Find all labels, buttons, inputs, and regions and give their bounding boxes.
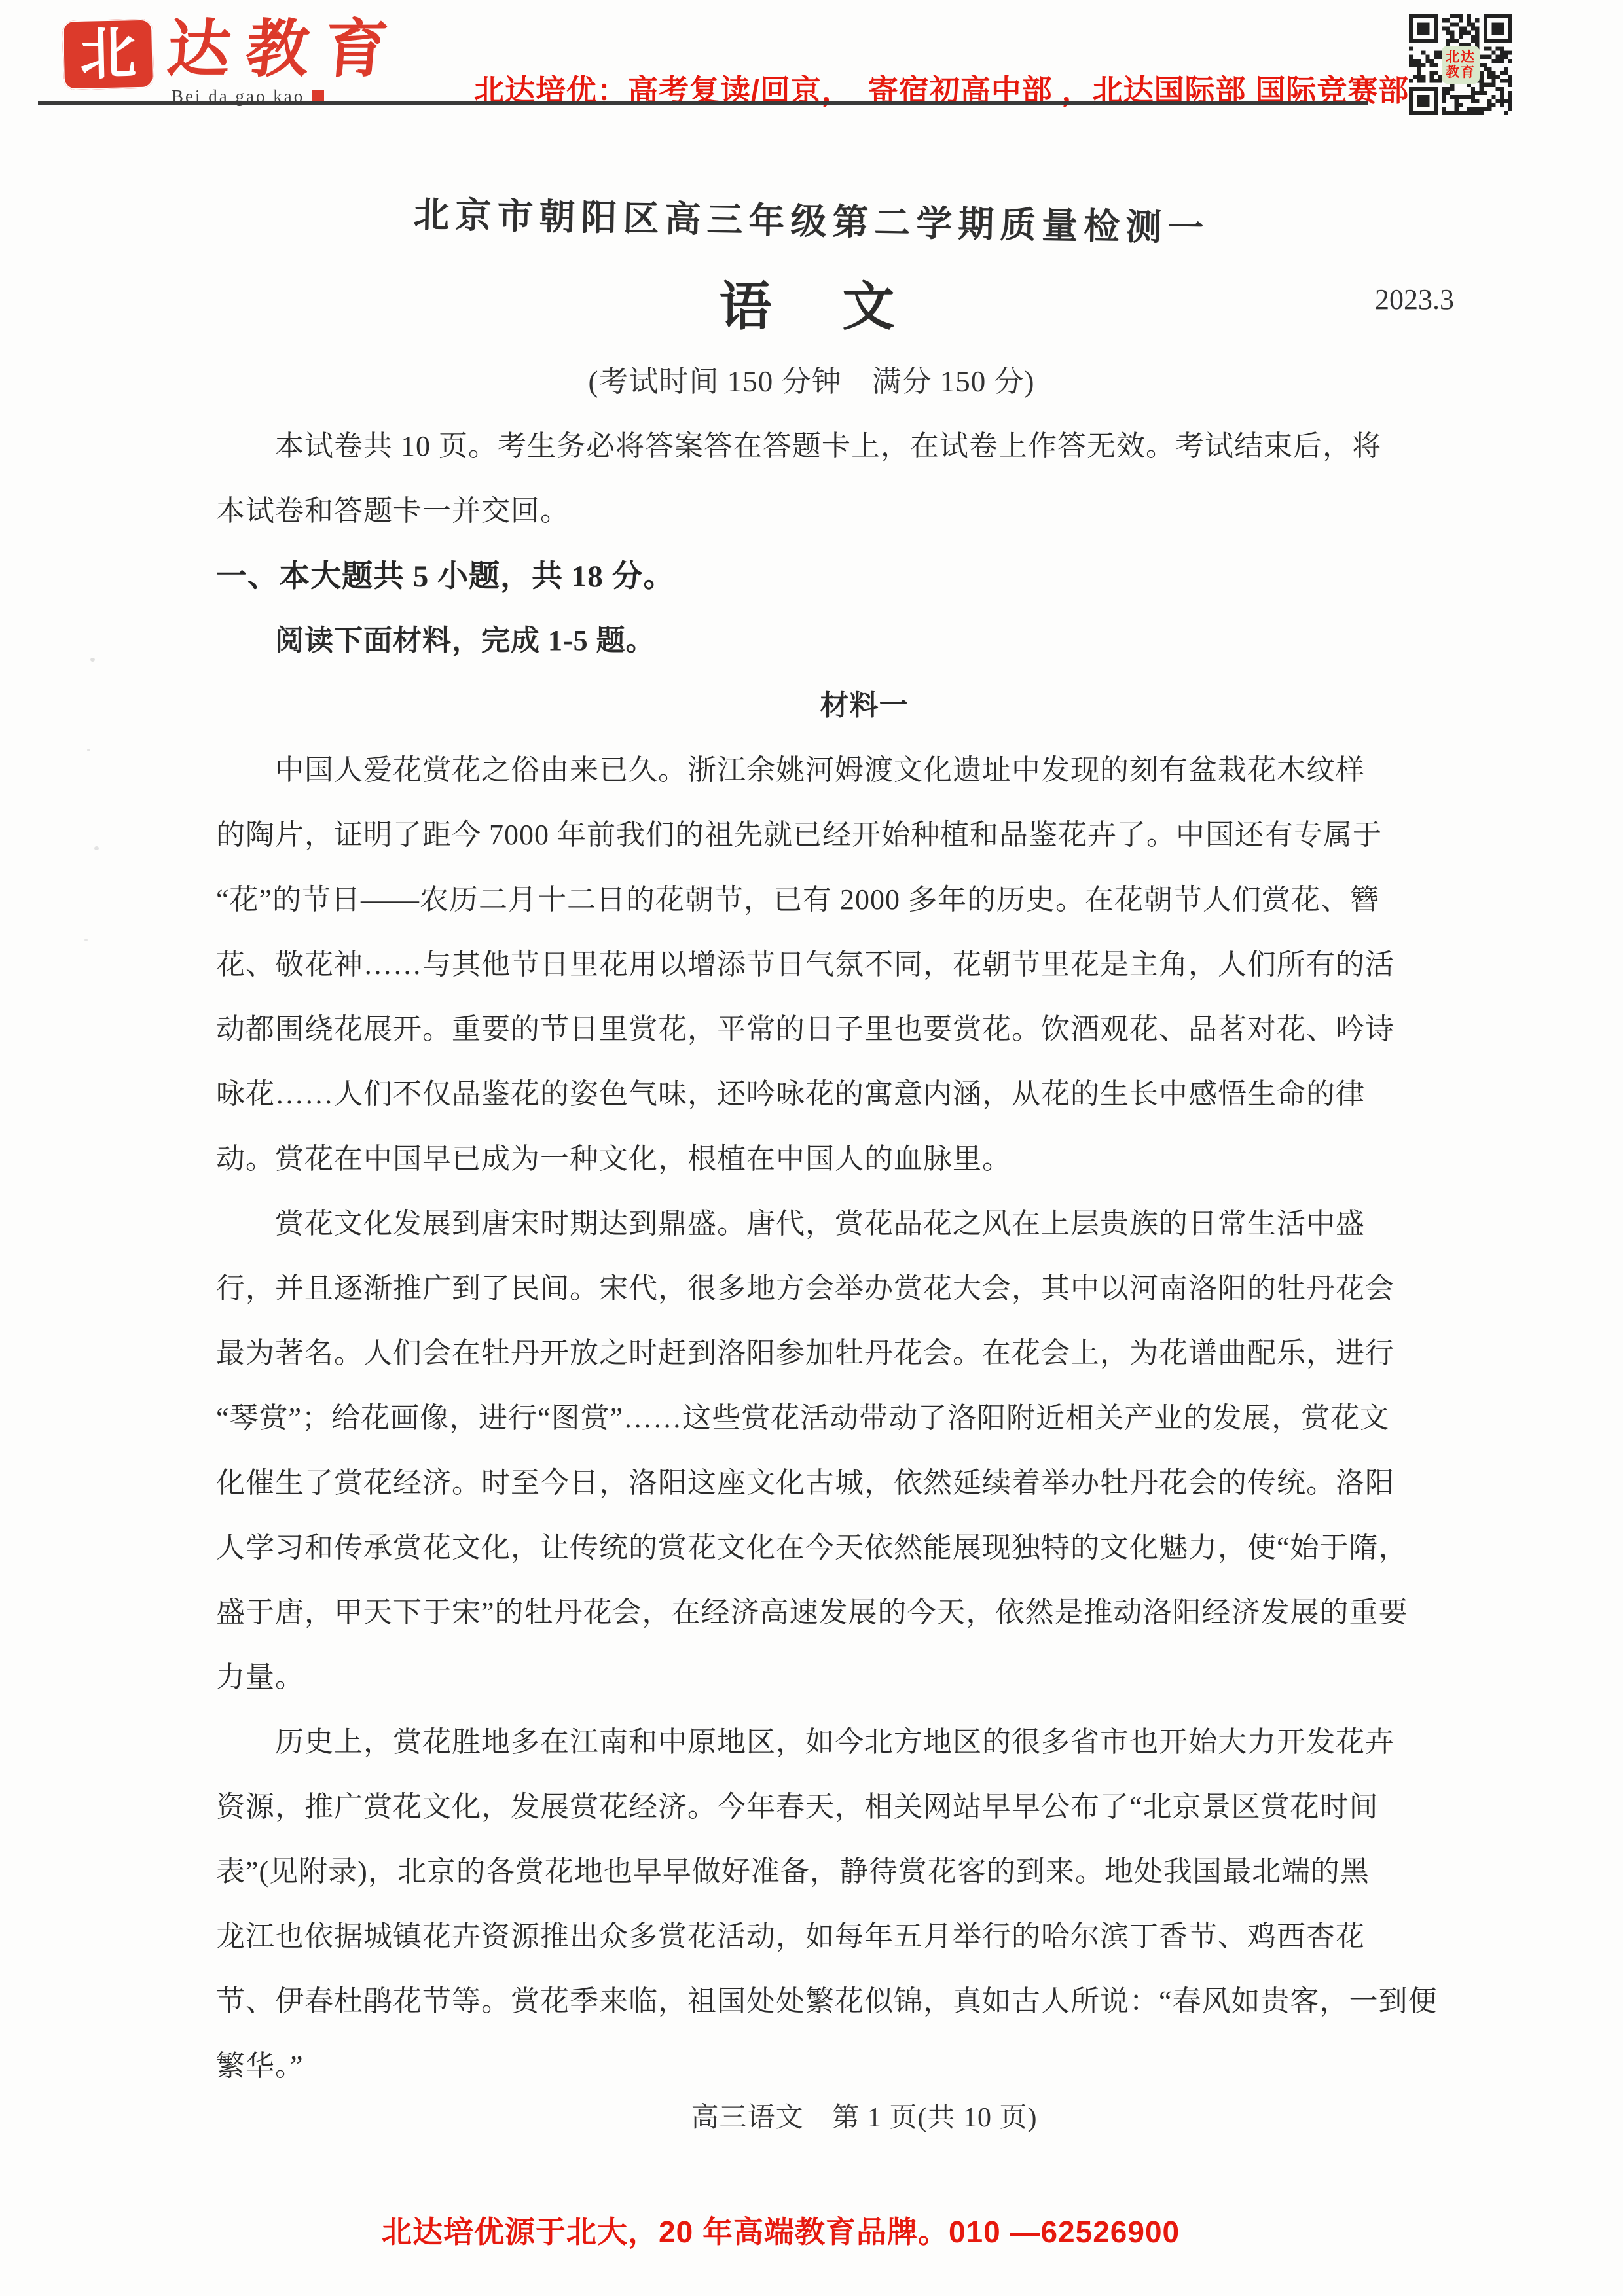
body-line: 人学习和传承赏花文化，让传统的赏花文化在今天依然能展现独特的文化魅力，使“始于隋… xyxy=(216,1524,1512,1588)
body-line: 表”(见附录)，北京的各赏花地也早早做好准备，静待赏花客的到来。地处我国最北端的… xyxy=(216,1848,1512,1912)
body-line: 龙江也依据城镇花卉资源推出众多赏花活动，如每年五月举行的哈尔滨丁香节、鸡西杏花 xyxy=(216,1912,1512,1977)
qr-code: 北达 教育 xyxy=(1409,14,1512,115)
body-line: “琴赏”；给花画像，进行“图赏”……这些赏花活动带动了洛阳附近相关产业的发展，赏… xyxy=(216,1394,1512,1459)
body-line: 赏花文化发展到唐宋时期达到鼎盛。唐代，赏花品花之风在上层贵族的日常生活中盛 xyxy=(216,1200,1512,1265)
instruction-line: 本试卷和答题卡一并交回。 xyxy=(216,487,1512,552)
brand-name: 达教育 xyxy=(165,17,407,83)
seal-character: 北 xyxy=(79,26,137,83)
scan-artifacts xyxy=(90,658,95,662)
bottom-brand-banner: 北达培优源于北大，20 年高端教育品牌。010 —62526900 xyxy=(382,2208,1180,2251)
exam-paper-page: 北 达教育 Bei da gao kao 北达培优：高考复读/回京， 寄宿初高中… xyxy=(0,0,1623,2296)
body-line: 力量。 xyxy=(216,1653,1512,1718)
body-line: 行，并且逐渐推广到了民间。宋代，很多地方会举办赏花大会，其中以河南洛阳的牡丹花会 xyxy=(216,1265,1512,1329)
instruction-line: 本试卷共 10 页。考生务必将答案答在答题卡上，在试卷上作答无效。考试结束后，将 xyxy=(216,422,1512,487)
section-heading: 一、本大题共 5 小题，共 18 分。 xyxy=(216,552,1512,617)
exam-duration-info: (考试时间 150 分钟 满分 150 分) xyxy=(0,357,1623,400)
body-line: 花、敬花神……与其他节日里花用以增添节日气氛不同，花朝节里花是主角，人们所有的活 xyxy=(216,941,1512,1005)
red-square-icon xyxy=(312,90,324,102)
body-line: 资源，推广赏花文化，发展赏花经济。今年春天，相关网站早早公布了“北京景区赏花时间 xyxy=(216,1783,1512,1848)
body-line: 咏花……人们不仅品鉴花的姿色气味，还吟咏花的寓意内涵，从花的生长中感悟生命的律 xyxy=(216,1070,1512,1135)
body-line: 的陶片，证明了距今 7000 年前我们的祖先就已经开始种植和品鉴花卉了。中国还有… xyxy=(216,811,1512,876)
brand-logo: 北 达教育 Bei da gao kao xyxy=(62,16,494,101)
page-number-footer: 高三语文 第 1 页(共 10 页) xyxy=(216,2096,1512,2135)
exam-date: 2023.3 xyxy=(1375,283,1454,316)
material-label: 材料一 xyxy=(216,681,1512,746)
body-line: 动。赏花在中国早已成为一种文化，根植在中国人的血脉里。 xyxy=(216,1135,1512,1200)
exam-title: 北京市朝阳区高三年级第二学期质量检测一 xyxy=(0,178,1623,258)
reading-prompt: 阅读下面材料，完成 1-5 题。 xyxy=(216,617,1512,681)
body-line: 盛于唐，甲天下于宋”的牡丹花会，在经济高速发展的今天，依然是推动洛阳经济发展的重… xyxy=(216,1588,1512,1653)
body-line: “花”的节日——农历二月十二日的花朝节，已有 2000 多年的历史。在花朝节人们… xyxy=(216,876,1512,941)
body-line: 最为著名。人们会在牡丹开放之时赶到洛阳参加牡丹花会。在花会上，为花谱曲配乐，进行 xyxy=(216,1329,1512,1394)
qr-center-label: 北达 教育 xyxy=(1442,46,1480,84)
body-line: 历史上，赏花胜地多在江南和中原地区，如今北方地区的很多省市也开始大力开发花卉 xyxy=(216,1718,1512,1783)
body-line: 节、伊春杜鹃花节等。赏花季来临，祖国处处繁花似锦，真如古人所说：“春风如贵客，一… xyxy=(216,1977,1512,2042)
header-divider xyxy=(38,101,1368,105)
body-line: 中国人爱花赏花之俗由来已久。浙江余姚河姆渡文化遗址中发现的刻有盆栽花木纹样 xyxy=(216,746,1512,811)
document-body: 本试卷共 10 页。考生务必将答案答在答题卡上，在试卷上作答无效。考试结束后，将… xyxy=(216,422,1512,2107)
brand-seal: 北 xyxy=(62,19,154,90)
body-line: 化催生了赏花经济。时至今日，洛阳这座文化古城，依然延续着举办牡丹花会的传统。洛阳 xyxy=(216,1459,1512,1524)
body-line: 动都围绕花展开。重要的节日里赏花，平常的日子里也要赏花。饮酒观花、品茗对花、吟诗 xyxy=(216,1005,1512,1070)
